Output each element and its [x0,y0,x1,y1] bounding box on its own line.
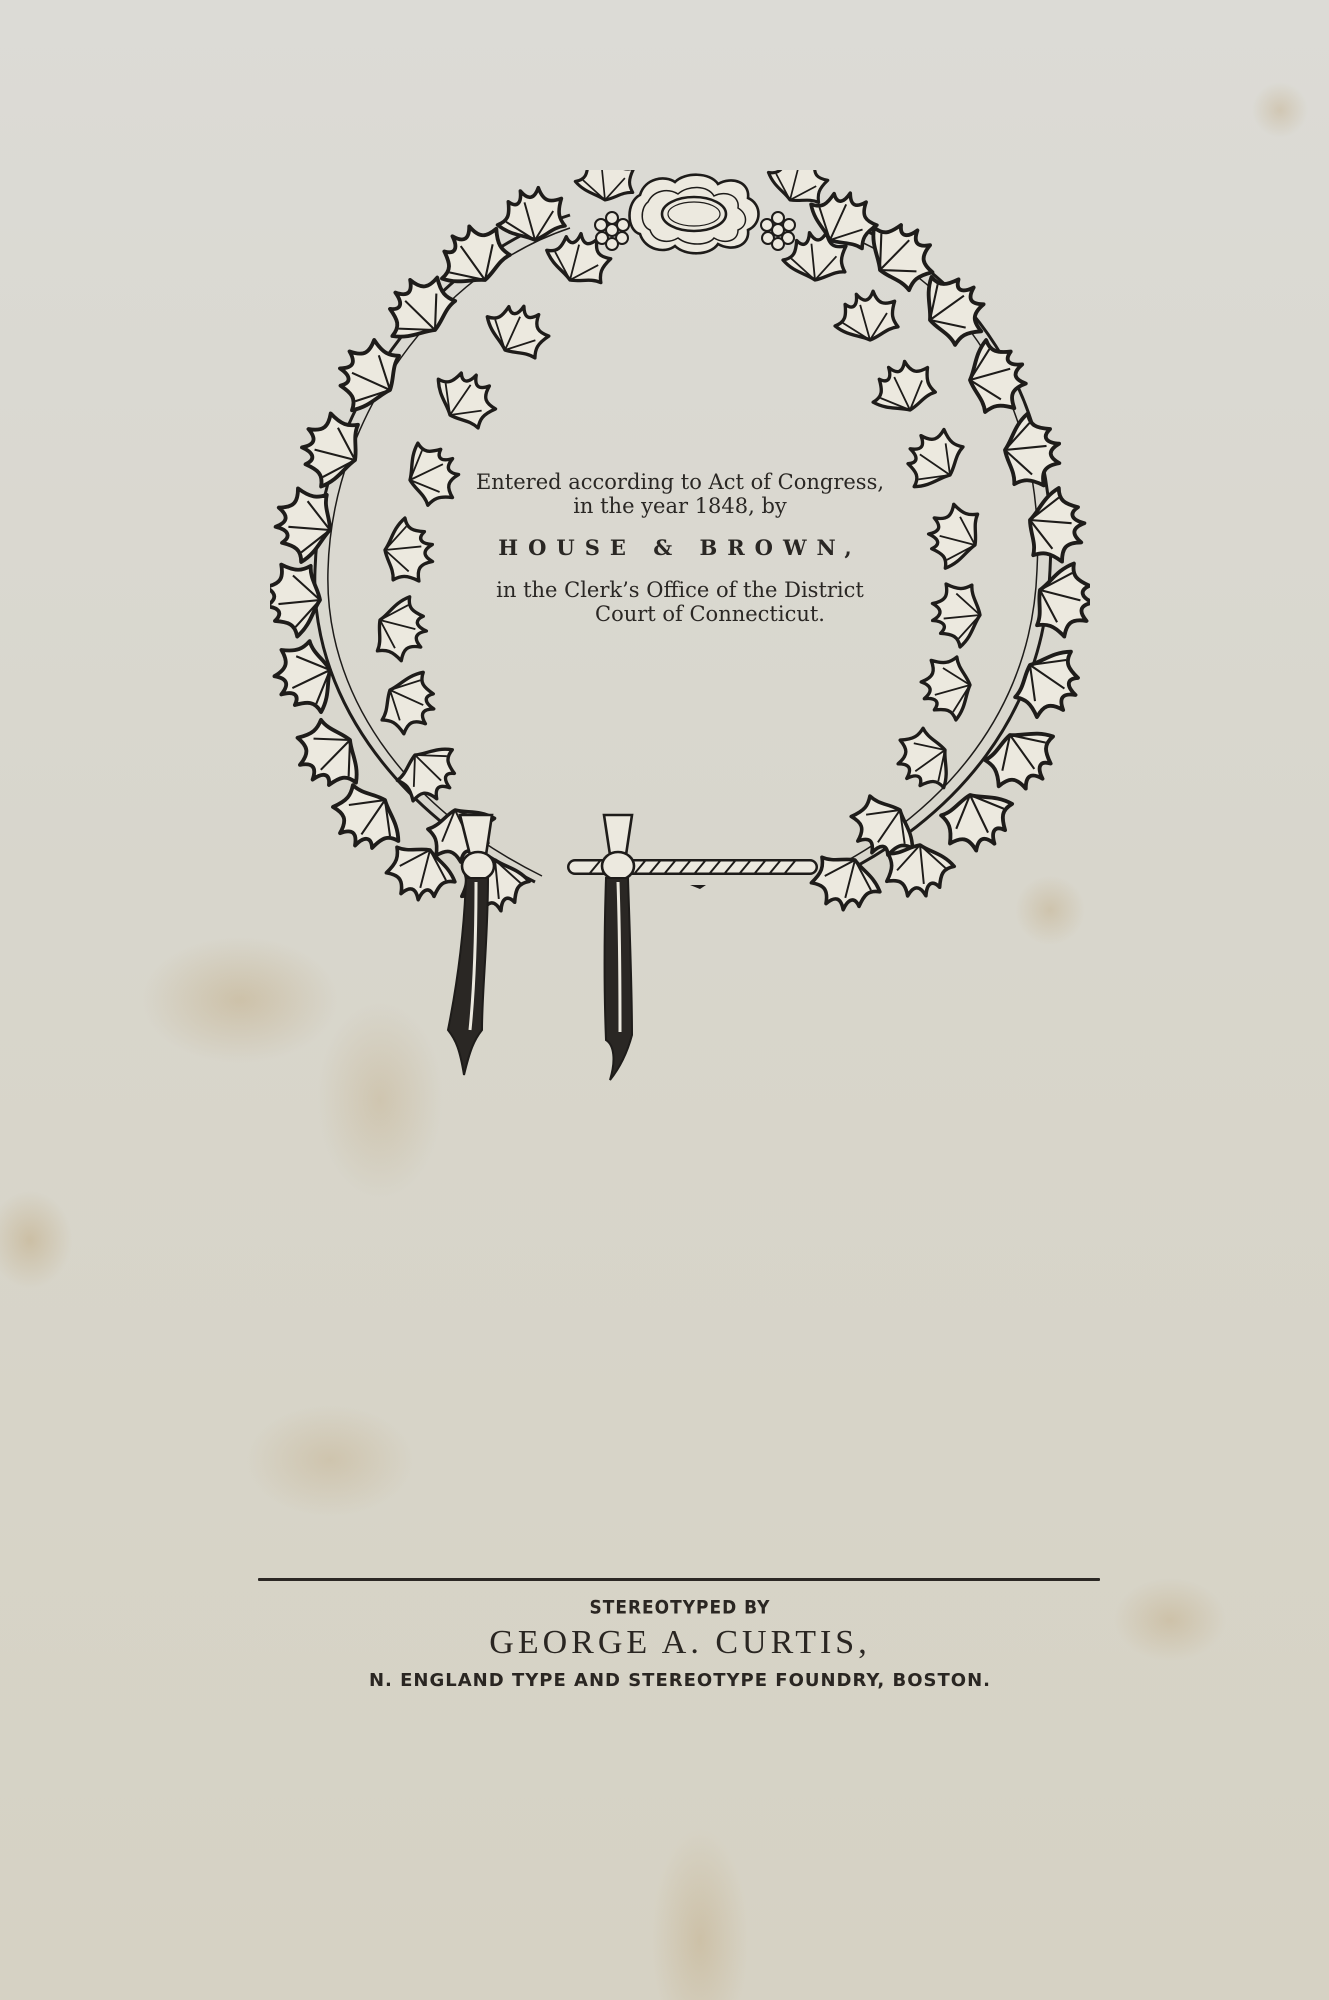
horizontal-rule [258,1578,1100,1581]
printer-imprint: STEREOTYPED BY GEORGE A. CURTIS, N. ENGL… [240,1598,1120,1691]
foundry-line: N. ENGLAND TYPE AND STEREOTYPE FOUNDRY, … [240,1670,1120,1691]
copyright-line-2: in the year 1848, by [430,494,930,518]
publisher-name: HOUSE & BROWN, [430,536,930,560]
copyright-line-4: in the Clerk’s Office of the District [430,578,930,602]
laurel-wreath-icon [270,170,1090,1090]
stereotyped-by-label: STEREOTYPED BY [240,1597,1120,1619]
copyright-line-5: Court of Connecticut. [430,602,930,626]
copyright-line-1: Entered according to Act of Congress, [430,470,930,494]
grape-cluster-icon [761,212,795,250]
grape-cluster-icon [595,212,629,250]
printer-name: GEORGE A. CURTIS, [240,1624,1120,1662]
copyright-notice: Entered according to Act of Congress, in… [430,470,930,626]
rosette-icon [630,175,759,254]
ribbon-icon [602,815,634,1080]
